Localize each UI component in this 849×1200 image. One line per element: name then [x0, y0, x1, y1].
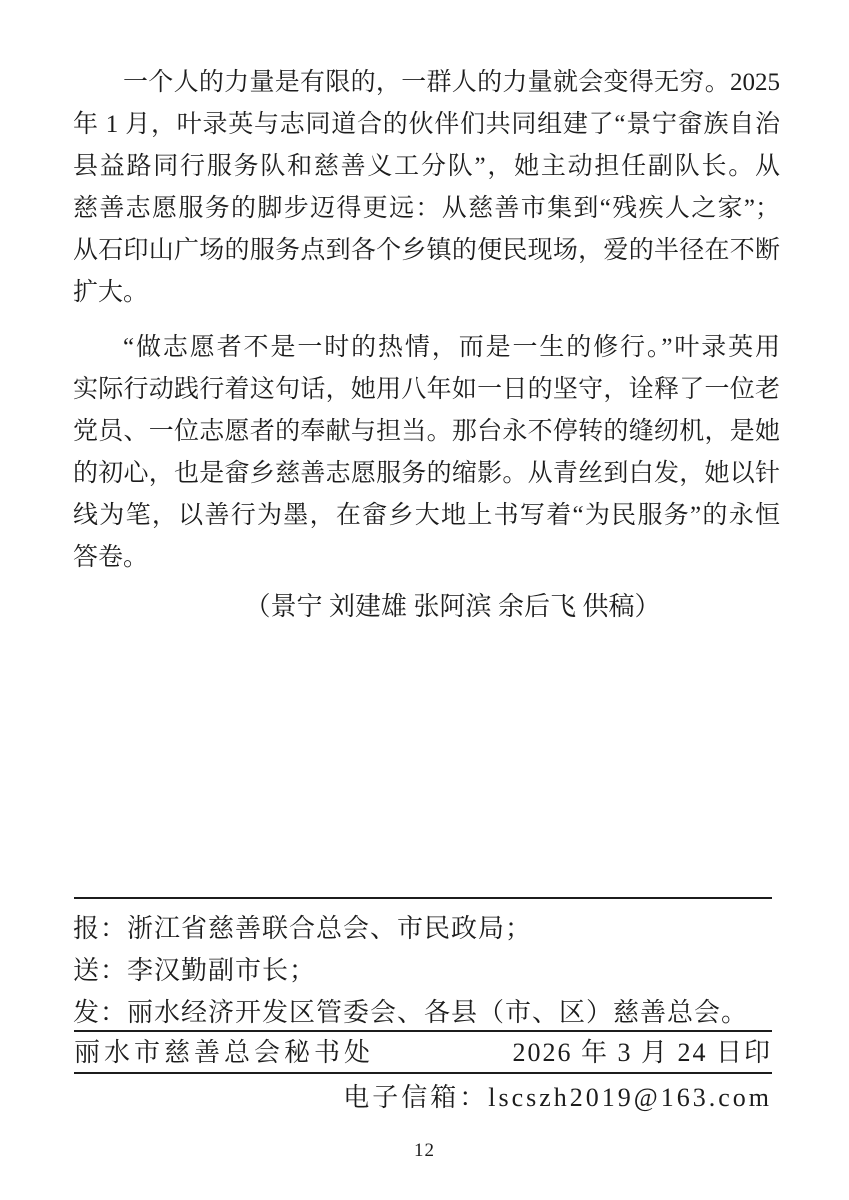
body-line: 县益路同行服务队和慈善义工分队”，她主动担任副队长。从此， — [73, 146, 780, 188]
issuer-name: 丽水市慈善总会秘书处 — [74, 1036, 374, 1070]
email-line: 电子信箱：lscszh2019@163.com — [74, 1080, 772, 1116]
body-line: 一个人的力量是有限的，一群人的力量就会变得无穷。2025 — [73, 62, 780, 104]
body-line: 实际行动践行着这句话，她用八年如一日的坚守，诠释了一位老 — [73, 369, 780, 411]
separator-rule-bottom — [74, 1072, 772, 1074]
document-page: 一个人的力量是有限的，一群人的力量就会变得无穷。2025 年 1 月，叶录英与志… — [0, 0, 849, 1200]
body-line: 从石印山广场的服务点到各个乡镇的便民现场，爱的半径在不断 — [73, 230, 780, 272]
body-line: 答卷。 — [73, 537, 780, 579]
distribution-list: 报：浙江省慈善联合总会、市民政局； 送：李汉勤副市长； 发：丽水经济开发区管委会… — [73, 908, 780, 1034]
distribution-item-issue: 发：丽水经济开发区管委会、各县（市、区）慈善总会。 — [73, 992, 780, 1034]
body-line: 慈善志愿服务的脚步迈得更远：从慈善市集到“残疾人之家”； — [73, 188, 780, 230]
body-line: “做志愿者不是一时的热情，而是一生的修行。”叶录英用 — [73, 327, 780, 369]
attribution-line: （景宁 刘建雄 张阿滨 余后飞 供稿） — [99, 586, 806, 628]
paragraph-1: 一个人的力量是有限的，一群人的力量就会变得无穷。2025 年 1 月，叶录英与志… — [73, 62, 780, 314]
distribution-item-send: 送：李汉勤副市长； — [73, 950, 780, 992]
body-line: 扩大。 — [73, 272, 780, 314]
print-date: 2026 年 3 月 24 日印 — [512, 1036, 772, 1070]
body-line: 线为笔，以善行为墨，在畲乡大地上书写着“为民服务”的永恒 — [73, 495, 780, 537]
separator-rule-top — [74, 897, 772, 899]
distribution-item-report: 报：浙江省慈善联合总会、市民政局； — [73, 908, 780, 950]
body-line: 党员、一位志愿者的奉献与担当。那台永不停转的缝纫机，是她 — [73, 411, 780, 453]
body-line: 年 1 月，叶录英与志同道合的伙伴们共同组建了“景宁畲族自治 — [73, 104, 780, 146]
issuer-row: 丽水市慈善总会秘书处 2026 年 3 月 24 日印 — [74, 1036, 772, 1070]
body-line: 的初心，也是畲乡慈善志愿服务的缩影。从青丝到白发，她以针 — [73, 453, 780, 495]
paragraph-2: “做志愿者不是一时的热情，而是一生的修行。”叶录英用 实际行动践行着这句话，她用… — [73, 327, 780, 579]
separator-rule-middle — [74, 1030, 772, 1032]
page-number: 12 — [0, 1140, 849, 1162]
